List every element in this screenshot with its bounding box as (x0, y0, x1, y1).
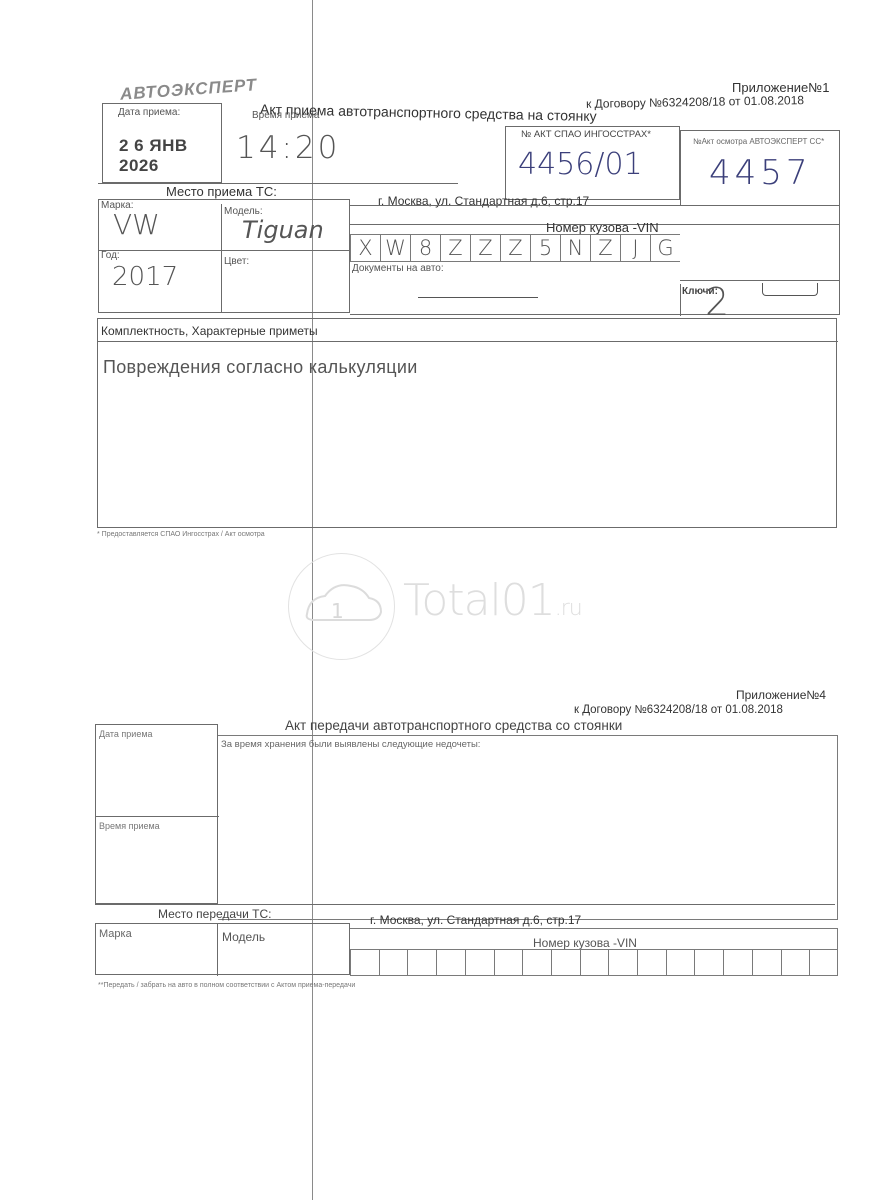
act1-footnote: * Предоставляется СПАО Ингосстрах / Акт … (97, 531, 265, 538)
act4-footnote: **Передать / забрать на авто в полном со… (98, 982, 355, 989)
vin-empty-box (637, 950, 666, 975)
vin-empty-box (350, 950, 379, 975)
date-time-column (95, 724, 218, 904)
vin-char-box: Z (590, 235, 620, 261)
watermark-text: Total01.ru (403, 575, 582, 626)
vin-char-box: Z (500, 235, 530, 261)
place-label: Место приема ТС: (166, 184, 277, 199)
vin-empty-box (781, 950, 810, 975)
vin-empty-box (522, 950, 551, 975)
expert-act-label: №Акт осмотра АВТОЭКСПЕРТ СС* (693, 137, 824, 146)
vin-empty-box (379, 950, 408, 975)
model-label-4: Модель (222, 930, 265, 944)
color-label: Цвет: (224, 256, 249, 267)
vin-empty-box (465, 950, 494, 975)
vin-empty-box (608, 950, 637, 975)
vin-char-box: N (560, 235, 590, 261)
vin-empty-box (436, 950, 465, 975)
autoexpert-logo: АВТОЭКСПЕРТ (119, 75, 257, 105)
vin-empty-box (551, 950, 580, 975)
vin-char-box: G (650, 235, 680, 261)
vin-area: Номер кузова -VIN XW8ZZZ5NZJG (350, 205, 840, 315)
contract-reference-4: к Договору №6324208/18 от 01.08.2018 (574, 704, 783, 716)
vin-boxes: XW8ZZZ5NZJG (350, 234, 680, 262)
model-value: Tiguan (242, 216, 324, 244)
year-label: Год: (101, 250, 120, 261)
time-value: 14:20 (236, 130, 340, 166)
docs-dash (418, 297, 538, 298)
vin-empty-box (666, 950, 695, 975)
place-value-4: г. Москва, ул. Стандартная д.6, стр.17 (370, 913, 581, 927)
vin-boxes-4 (350, 949, 838, 975)
ingos-act-cell: № АКТ СПАО ИНГОССТРАХ* 4456/01 (505, 126, 680, 200)
completeness-label: Комплектность, Характерные приметы (101, 324, 318, 338)
appendix-label-4: Приложение№4 (736, 688, 826, 702)
vin-empty-box (809, 950, 838, 975)
vin-empty-box (723, 950, 752, 975)
vin-empty-box (694, 950, 723, 975)
watermark-car-icon: 1 (288, 553, 395, 660)
defects-box (218, 735, 838, 920)
date-cell: Дата приема: 2 6 ЯНВ 2026 (102, 103, 222, 183)
time-label: Время приема (252, 110, 319, 121)
docs-label: Документы на авто: (352, 263, 444, 274)
vin-char-box: 5 (530, 235, 560, 261)
vin-label-4: Номер кузова -VIN (533, 936, 637, 950)
defects-label: За время хранения были выявлены следующи… (221, 739, 480, 750)
vin-empty-box (407, 950, 436, 975)
completeness-box (97, 318, 837, 528)
expert-act-cell: №Акт осмотра АВТОЭКСПЕРТ СС* 4457 (680, 130, 840, 206)
vin-empty-box (752, 950, 781, 975)
ingos-act-label: № АКТ СПАО ИНГОССТРАХ* (521, 129, 651, 140)
vin-char-box: Z (440, 235, 470, 261)
contract-reference: к Договору №6324208/18 от 01.08.2018 (586, 93, 804, 111)
time-cell: Время приема 14:20 (222, 108, 347, 184)
completeness-value: Повреждения согласно калькуляции (103, 357, 418, 378)
time-label-4: Время приема (99, 821, 160, 831)
vin-empty-box (580, 950, 609, 975)
expert-act-value: 4457 (709, 153, 812, 193)
brand-value: VW (113, 208, 160, 241)
form-title-4: Акт передачи автотранспортного средства … (285, 718, 622, 733)
watermark: 1 Total01.ru (288, 553, 598, 673)
date-label-4: Дата приема (99, 729, 153, 739)
year-value: 2017 (112, 262, 178, 292)
ingos-act-value: 4456/01 (518, 147, 643, 182)
date-label: Дата приема: (118, 107, 180, 118)
vin-char-box: X (350, 235, 380, 261)
svg-text:1: 1 (331, 599, 344, 623)
date-stamp: 2 6 ЯНВ 2026 (119, 136, 221, 176)
vin-char-box: 8 (410, 235, 440, 261)
vin-label: Номер кузова -VIN (546, 220, 659, 235)
keys-bracket (762, 283, 818, 296)
vin-char-box: J (620, 235, 650, 261)
vin-empty-box (494, 950, 523, 975)
brand-label-4: Марка (99, 928, 132, 940)
vin-char-box: W (380, 235, 410, 261)
place-label-4: Место передачи ТС: (158, 907, 271, 921)
vin-char-box: Z (470, 235, 500, 261)
